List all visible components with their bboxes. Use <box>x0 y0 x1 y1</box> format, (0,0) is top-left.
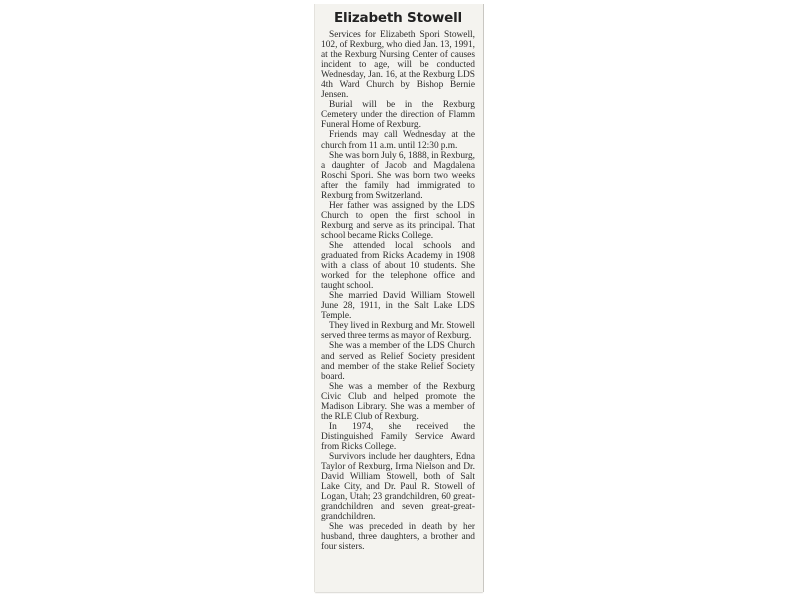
newspaper-clipping: Elizabeth Stowell Services for Elizabeth… <box>315 4 483 592</box>
paragraph-services: Services for Elizabeth Spori Stowell, 10… <box>321 30 475 100</box>
paragraph-residence: They lived in Rexburg and Mr. Stowell se… <box>321 321 475 341</box>
paragraph-award: In 1974, she received the Distinguished … <box>321 422 475 452</box>
paragraph-visitation: Friends may call Wednesday at the church… <box>321 130 475 150</box>
paragraph-survivors: Survivors include her daughters, Edna Ta… <box>321 452 475 522</box>
paragraph-civic: She was a member of the Rex­burg Civic C… <box>321 382 475 422</box>
paragraph-education: She attended local schools and graduated… <box>321 241 475 291</box>
obituary-headline: Elizabeth Stowell <box>321 10 475 26</box>
paragraph-birth: She was born July 6, 1888, in Rex­burg, … <box>321 151 475 201</box>
paragraph-preceded: She was preceded in death by her husband… <box>321 522 475 552</box>
paragraph-church-service: She was a member of the LDS Church and s… <box>321 341 475 381</box>
paragraph-marriage: She married David William Stowell June 2… <box>321 291 475 321</box>
paragraph-father: Her father was assigned by the LDS Churc… <box>321 201 475 241</box>
paragraph-burial: Burial will be in the Rexburg Cemetery u… <box>321 100 475 130</box>
obituary-body: Services for Elizabeth Spori Stowell, 10… <box>321 30 475 552</box>
